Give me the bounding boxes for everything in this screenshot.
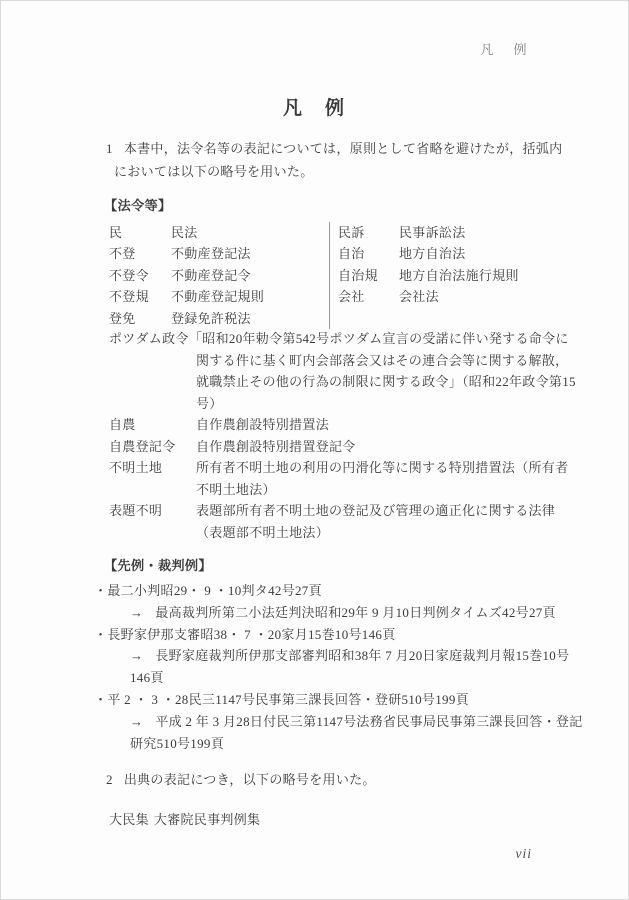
laws-abbreviation-table: 民民法 不登不動産登記法 不登令不動産登記令 不登規不動産登記規則 登免登録免許… xyxy=(109,222,554,329)
abbr-label: 大民集 xyxy=(109,812,149,827)
sources-text: 出典の表記につき，以下の略号を用いた。 xyxy=(124,772,376,787)
citation-short: ・平 2 ・ 3 ・28民三1147号民事第三課長回答・登研510号199頁 xyxy=(94,689,610,711)
running-header: 凡 例 xyxy=(480,39,530,58)
full-name: 自作農創設特別措置法 xyxy=(196,414,600,436)
full-name: 登録免許税法 xyxy=(171,308,329,329)
arrow-icon: → xyxy=(130,645,143,667)
bullet-icon: ・ xyxy=(94,692,107,707)
full-name: 会社法 xyxy=(399,286,554,307)
full-name: 民法 xyxy=(171,222,329,243)
citation-short-text: 平 2 ・ 3 ・28民三1147号民事第三課長回答・登研510号199頁 xyxy=(107,692,469,707)
table-row: 不明土地所有者不明土地の利用の円滑化等に関する特別措置法（所有者 不明土地法） xyxy=(109,457,600,500)
precedent-entry: ・最二小判昭29・ 9 ・10判タ42号27頁 →最高裁判所第二小法廷判決昭和2… xyxy=(94,580,610,624)
abbr-label: 自治 xyxy=(338,243,399,264)
precedent-entry: ・長野家伊那支審昭38・ 7 ・20家月15巻10号146頁 →長野家庭裁判所伊… xyxy=(94,624,610,689)
citation-short-text: 最二小判昭29・ 9 ・10判タ42号27頁 xyxy=(107,583,322,598)
citation-full-text: 平成 2 年 3 月28日付民三第1147号法務省民事局民事第三課長回答・登記 … xyxy=(130,714,583,751)
laws-left-column: 民民法 不登不動産登記法 不登令不動産登記令 不登規不動産登記規則 登免登録免許… xyxy=(109,222,329,329)
table-row: 登免登録免許税法 xyxy=(109,308,329,329)
abbr-label: 不登 xyxy=(109,243,171,264)
arrow-icon: → xyxy=(130,711,143,733)
table-row: 不登不動産登記法 xyxy=(109,243,329,264)
full-name: 不動産登記規則 xyxy=(171,286,329,307)
laws-long-entries: ポツダム政令「昭和20年勅令第542号ポツダム宣言の受諾に伴い発する命令に 関す… xyxy=(109,328,600,543)
citation-full: →長野家庭裁判所伊那支部審判昭和38年 7 月20日家庭裁判月報15巻10号 1… xyxy=(130,645,610,689)
citation-full: →最高裁判所第二小法廷判決昭和29年 9 月10日判例タイムズ42号27頁 xyxy=(130,602,610,624)
table-row: 民民法 xyxy=(109,222,329,243)
sources-paragraph: 2出典の表記につき，以下の略号を用いた。 xyxy=(106,769,566,791)
full-name: 大審院民事判例集 xyxy=(154,812,260,827)
citation-full: →平成 2 年 3 月28日付民三第1147号法務省民事局民事第三課長回答・登記… xyxy=(130,711,610,755)
abbr-label: 不明土地 xyxy=(109,457,196,479)
table-row: 自農自作農創設特別措置法 xyxy=(109,414,600,436)
page-title: 凡 例 xyxy=(1,93,628,120)
full-name: 不動産登記令 xyxy=(171,265,329,286)
precedents-list: ・最二小判昭29・ 9 ・10判タ42号27頁 →最高裁判所第二小法廷判決昭和2… xyxy=(94,580,610,754)
laws-right-column-with-divider: 民訴民事訴訟法 自治地方自治法 自治規地方自治法施行規則 会社会社法 xyxy=(329,222,554,329)
full-name: 自作農創設特別措置登記令 xyxy=(196,436,600,458)
table-row: 自治地方自治法 xyxy=(338,243,554,264)
citation-full-text: 長野家庭裁判所伊那支部審判昭和38年 7 月20日家庭裁判月報15巻10号 14… xyxy=(130,648,569,685)
abbr-label: ポツダム政令 xyxy=(109,328,196,350)
full-name: 地方自治法施行規則 xyxy=(399,265,554,286)
document-page: 凡 例 凡 例 1本書中，法令名等の表記については，原則として省略を避けたが，括… xyxy=(0,0,629,900)
full-name: 所有者不明土地の利用の円滑化等に関する特別措置法（所有者 不明土地法） xyxy=(196,457,600,500)
citation-short: ・長野家伊那支審昭38・ 7 ・20家月15巻10号146頁 xyxy=(94,624,610,646)
table-row: 表題不明表題部所有者不明土地の登記及び管理の適正化に関する法律 （表題部不明土地… xyxy=(109,500,600,543)
section-heading-laws: 【法令等】 xyxy=(104,198,171,214)
abbr-label: 不登規 xyxy=(109,286,171,307)
section-heading-precedents: 【先例・裁判例】 xyxy=(104,558,212,574)
full-name: 表題部所有者不明土地の登記及び管理の適正化に関する法律 （表題部不明土地法） xyxy=(196,500,600,543)
arrow-icon: → xyxy=(130,602,143,624)
abbr-label: 民訴 xyxy=(338,222,399,243)
abbr-label: 不登令 xyxy=(109,265,171,286)
bullet-icon: ・ xyxy=(94,627,107,642)
table-row: 不登令不動産登記令 xyxy=(109,265,329,286)
abbr-label: 登免 xyxy=(109,308,171,329)
abbr-label: 表題不明 xyxy=(109,500,196,522)
precedent-entry: ・平 2 ・ 3 ・28民三1147号民事第三課長回答・登研510号199頁 →… xyxy=(94,689,610,754)
citation-short-text: 長野家伊那支審昭38・ 7 ・20家月15巻10号146頁 xyxy=(107,627,395,642)
bullet-icon: ・ xyxy=(94,583,107,598)
source-abbreviation-row: 大民集大審院民事判例集 xyxy=(109,809,260,831)
abbr-label: 自治規 xyxy=(338,265,399,286)
table-row: 自治規地方自治法施行規則 xyxy=(338,265,554,286)
intro-text: 本書中，法令名等の表記については，原則として省略を避けたが，括弧内 においては以… xyxy=(114,141,562,179)
abbr-label: 自農 xyxy=(109,414,196,436)
full-name: 地方自治法 xyxy=(399,243,554,264)
full-name: 不動産登記法 xyxy=(171,243,329,264)
intro-paragraph: 1本書中，法令名等の表記については，原則として省略を避けたが，括弧内 においては… xyxy=(106,138,574,183)
abbr-label: 自農登記令 xyxy=(109,436,196,458)
table-row: 自農登記令自作農創設特別措置登記令 xyxy=(109,436,600,458)
full-name: 民事訴訟法 xyxy=(399,222,554,243)
table-row: 会社会社法 xyxy=(338,286,554,307)
page-number: vii xyxy=(516,846,533,862)
full-name: 「昭和20年勅令第542号ポツダム宣言の受諾に伴い発する命令に 関する件に基く町… xyxy=(196,328,600,414)
table-row: ポツダム政令「昭和20年勅令第542号ポツダム宣言の受諾に伴い発する命令に 関す… xyxy=(109,328,600,414)
paragraph-number: 1 xyxy=(106,141,113,156)
paragraph-number: 2 xyxy=(106,772,113,787)
abbr-label: 民 xyxy=(109,222,171,243)
citation-short: ・最二小判昭29・ 9 ・10判タ42号27頁 xyxy=(94,580,610,602)
citation-full-text: 最高裁判所第二小法廷判決昭和29年 9 月10日判例タイムズ42号27頁 xyxy=(155,605,556,620)
table-row: 民訴民事訴訟法 xyxy=(338,222,554,243)
table-row: 不登規不動産登記規則 xyxy=(109,286,329,307)
abbr-label: 会社 xyxy=(338,286,399,307)
